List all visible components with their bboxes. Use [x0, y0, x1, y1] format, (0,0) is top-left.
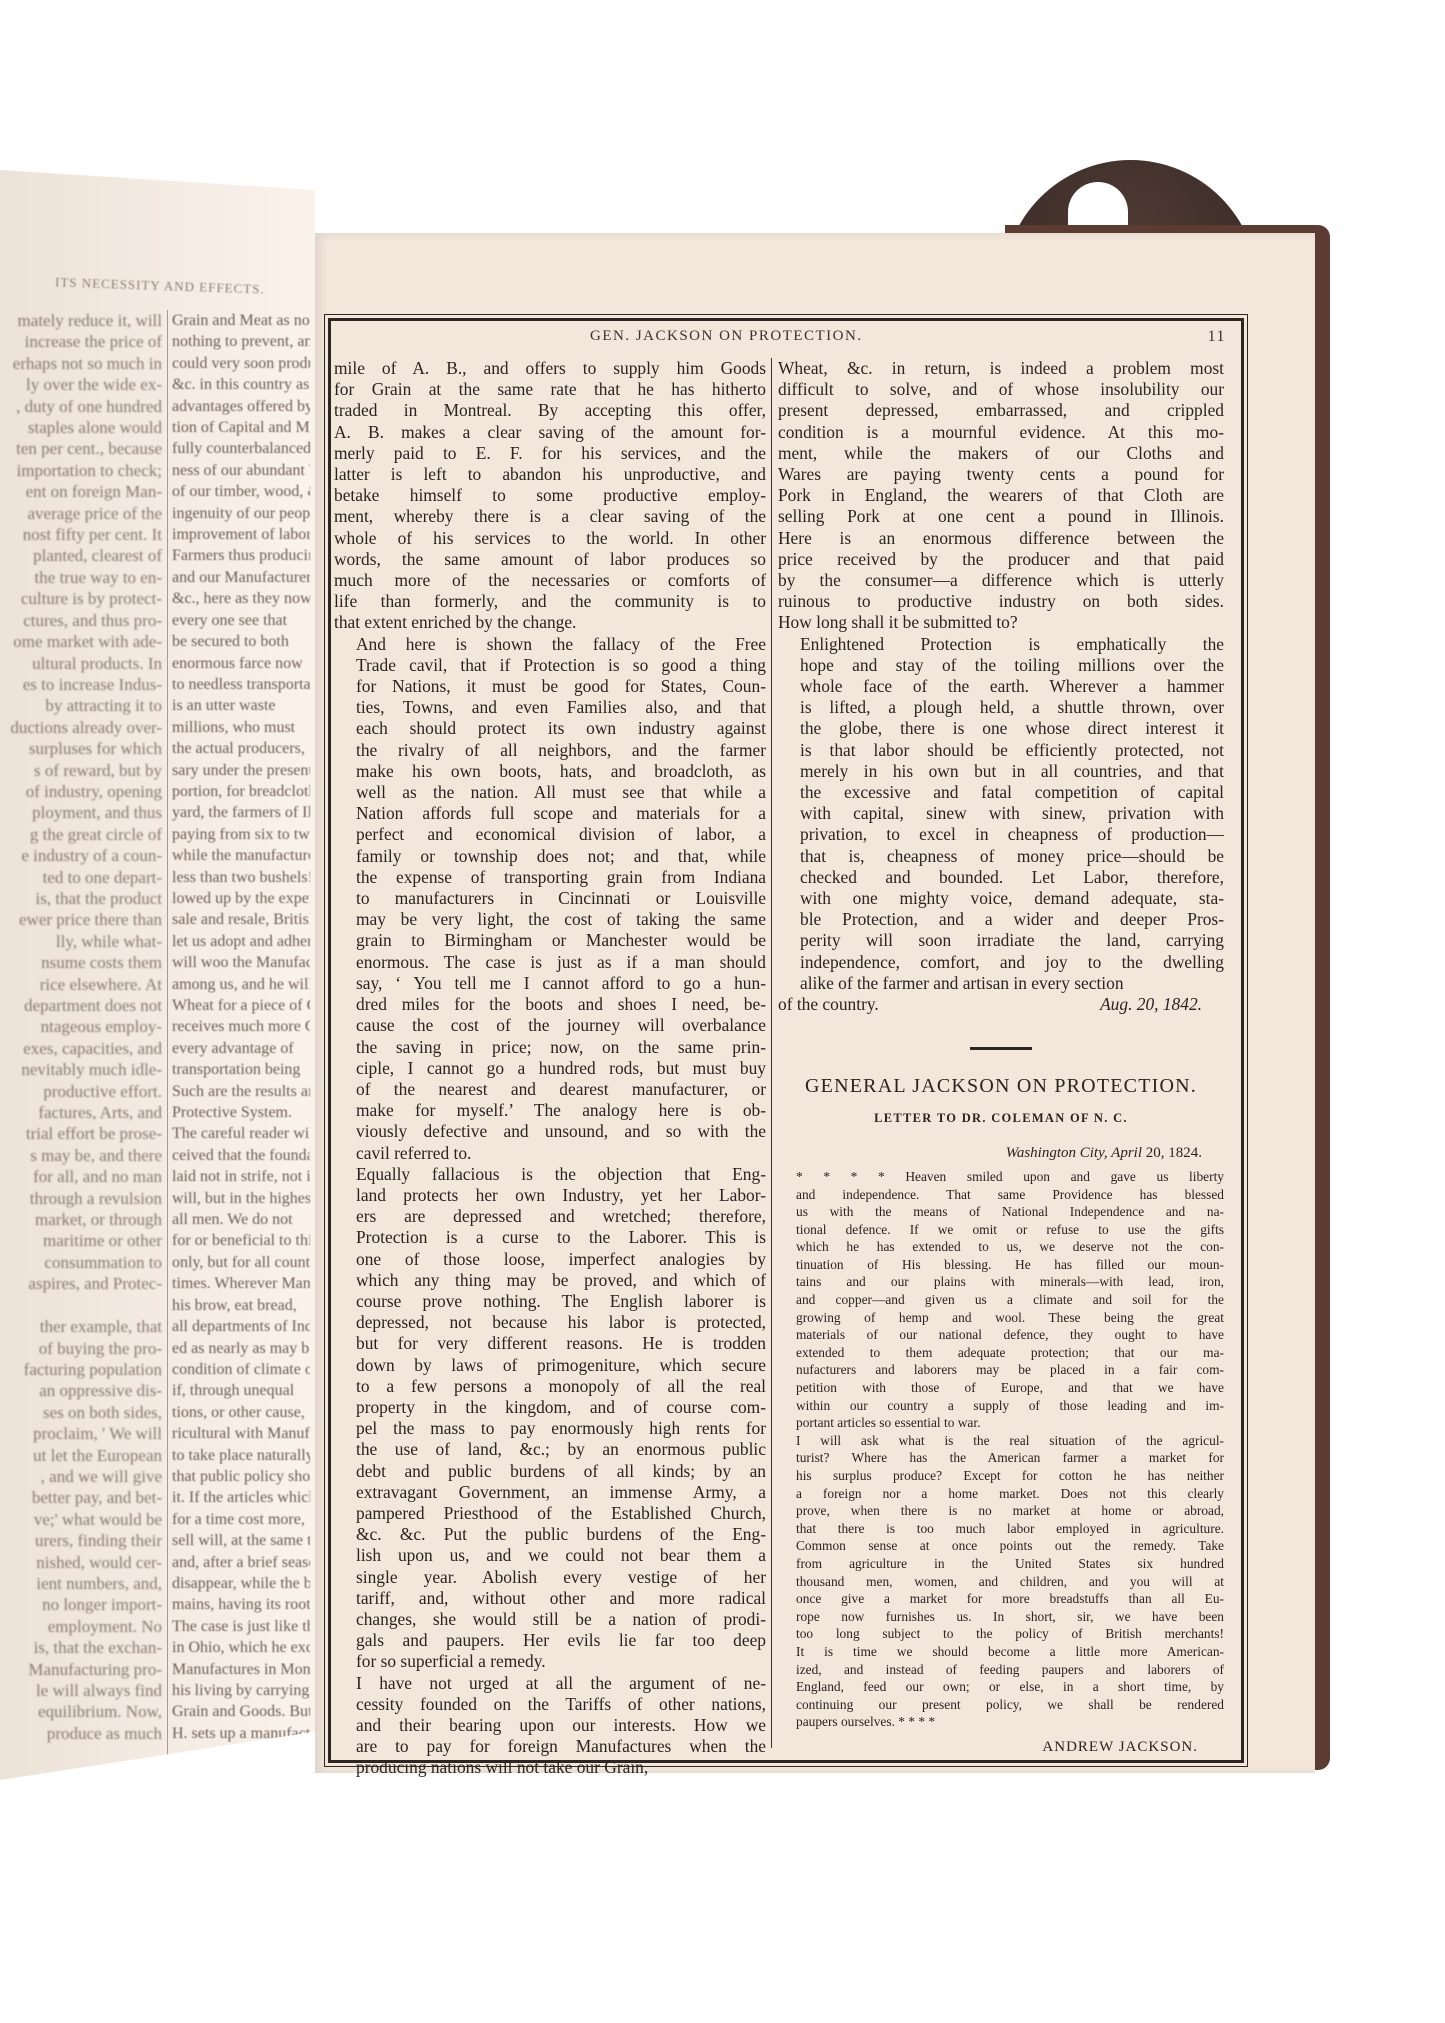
- text-line: ted to one depart-: [0, 867, 162, 888]
- text-line: ment, whereby there is a clear saving of…: [334, 506, 766, 527]
- text-line: every advantage of: [172, 1038, 310, 1059]
- text-line: productive effort.: [0, 1081, 162, 1102]
- text-line: ployment, and thus: [0, 802, 162, 823]
- text-line: mately reduce it, will: [0, 310, 162, 331]
- left-page: ITS NECESSITY AND EFFECTS. mately reduce…: [0, 170, 315, 1780]
- text-line: of industry, opening: [0, 781, 162, 802]
- text-line: an oppressive dis-: [0, 1380, 162, 1401]
- text-line: merely in his own but in all countries, …: [778, 761, 1224, 782]
- text-line: Farmers thus producing: [172, 545, 310, 566]
- text-line: which he has extended to us, we deserve …: [778, 1238, 1224, 1256]
- text-line: his living by carrying: [172, 1680, 310, 1701]
- text-line: his surplus produce? Except for cotton h…: [778, 1467, 1224, 1485]
- text-line: tions, or other cause,: [172, 1402, 310, 1423]
- text-line: is, that the product: [0, 888, 162, 909]
- text-line: nufacturers and laborers may be placed i…: [778, 1361, 1224, 1379]
- text-line: tains and our plains with minerals—with …: [778, 1273, 1224, 1291]
- text-line: mile of A. B., and offers to supply him …: [334, 358, 766, 379]
- text-line: extended to them adequate protection; th…: [778, 1344, 1224, 1362]
- text-line: ly over the wide ex-: [0, 374, 162, 395]
- text-line: ve;' what would be: [0, 1509, 162, 1530]
- text-line: Trade cavil, that if Protection is so go…: [334, 655, 766, 676]
- text-line: no longer import-: [0, 1594, 162, 1615]
- text-line: , duty of one hundred: [0, 396, 162, 417]
- text-line: employment. No: [0, 1616, 162, 1637]
- text-line: ment, while the makers of our Cloths and: [778, 443, 1224, 464]
- text-line: ceived that the foundations: [172, 1145, 310, 1166]
- text-line: Wares are paying twenty cents a pound fo…: [778, 464, 1224, 485]
- text-line: materials of our national defence, they …: [778, 1326, 1224, 1344]
- text-line: land protects her own Industry, yet her …: [334, 1185, 766, 1206]
- text-line: ent on foreign Man-: [0, 481, 162, 502]
- text-line: single year. Abolish every vestige of he…: [334, 1567, 766, 1588]
- text-line: Wheat, &c. in return, is indeed a proble…: [778, 358, 1224, 379]
- text-line: aspires, and Protec-: [0, 1273, 162, 1294]
- text-line: debt and public burdens of all kinds; by…: [334, 1461, 766, 1482]
- paragraph: mile of A. B., and offers to supply him …: [334, 358, 766, 634]
- text-line: Pork in England, the wearers of that Clo…: [778, 485, 1224, 506]
- text-line: ntageous employ-: [0, 1016, 162, 1037]
- text-line: condition is a mournful evidence. At thi…: [778, 422, 1224, 443]
- text-line: [0, 1295, 162, 1316]
- text-line: Enlightened Protection is emphatically t…: [778, 634, 1224, 655]
- text-line: enormous. The case is just as if a man s…: [334, 952, 766, 973]
- text-line: ultural products. In: [0, 653, 162, 674]
- text-line: whole of his services to the world. In o…: [334, 528, 766, 549]
- column-rule: [771, 358, 772, 1748]
- paragraph: I will ask what is the real situation of…: [778, 1432, 1224, 1731]
- text-line: receives much more Cloth: [172, 1016, 310, 1037]
- text-line: petition with those of Europe, and that …: [778, 1379, 1224, 1397]
- dateline: of the country. Aug. 20, 1842.: [778, 994, 1224, 1015]
- left-page-column-a: mately reduce it, willincrease the price…: [0, 310, 162, 1744]
- text-line: produce as much: [0, 1723, 162, 1744]
- text-line: each should protect its own industry aga…: [334, 718, 766, 739]
- text-line: traded in Montreal. By accepting this of…: [334, 400, 766, 421]
- paragraph: Enlightened Protection is emphatically t…: [778, 634, 1224, 994]
- text-line: property in the kingdom, and of course c…: [334, 1397, 766, 1418]
- text-line: difficult to solve, and of whose insolub…: [778, 379, 1224, 400]
- text-line: too long subject to the policy of Britis…: [778, 1625, 1224, 1643]
- text-line: lish upon us, and we could not bear them…: [334, 1545, 766, 1566]
- text-line: course prove nothing. The English labore…: [334, 1291, 766, 1312]
- text-line: are to pay for foreign Manufactures when…: [334, 1736, 766, 1757]
- text-line: It is time we should become a little mor…: [778, 1643, 1224, 1661]
- text-line: Common sense at once points out the reme…: [778, 1537, 1224, 1555]
- left-running-head: ITS NECESSITY AND EFFECTS.: [55, 274, 265, 297]
- text-line: ble Protection, and a wider and deeper P…: [778, 909, 1224, 930]
- text-line: ductions already over-: [0, 717, 162, 738]
- text-line: sary under the present: [172, 760, 310, 781]
- paragraph: Equally fallacious is the objection that…: [334, 1164, 766, 1673]
- text-line: proclaim, ' We will: [0, 1423, 162, 1444]
- text-line: to manufacturers in Cincinnati or Louisv…: [334, 888, 766, 909]
- text-line: independence, comfort, and joy to the dw…: [778, 952, 1224, 973]
- text-line: for so superficial a remedy.: [334, 1651, 766, 1672]
- text-line: better pay, and bet-: [0, 1487, 162, 1508]
- text-line: rope now furnishes us. In short, sir, we…: [778, 1608, 1224, 1626]
- text-line: times. Wherever Man: [172, 1273, 310, 1294]
- text-line: nevitably much idle-: [0, 1059, 162, 1080]
- text-line: ruinous to productive industry on both s…: [778, 591, 1224, 612]
- letter-body: * * * * Heaven smiled upon and gave us l…: [778, 1168, 1224, 1731]
- text-line: may be very light, the cost of taking th…: [334, 909, 766, 930]
- text-line: the expense of transporting grain from I…: [334, 867, 766, 888]
- text-line: turist? Where has the American farmer a …: [778, 1449, 1224, 1467]
- text-line: and, after a brief season,: [172, 1552, 310, 1573]
- text-line: , and we will give: [0, 1466, 162, 1487]
- text-line: a foreign nor a home market. Does not th…: [778, 1485, 1224, 1503]
- text-line: one of those loose, imperfect analogies …: [334, 1249, 766, 1270]
- text-line: g the great circle of: [0, 824, 162, 845]
- text-line: e industry of a coun-: [0, 845, 162, 866]
- text-line: Protective System.: [172, 1102, 310, 1123]
- text-line: fully counterbalanced by: [172, 438, 310, 459]
- text-line: ctures, and thus pro-: [0, 610, 162, 631]
- text-line: continuing our present policy, we shall …: [778, 1696, 1224, 1714]
- text-line: by the consumer—a difference which is ut…: [778, 570, 1224, 591]
- right-column-body: Wheat, &c. in return, is indeed a proble…: [778, 358, 1224, 994]
- text-line: say, ‘ You tell me I cannot afford to go…: [334, 973, 766, 994]
- text-line: that public policy should: [172, 1466, 310, 1487]
- section-subtitle: LETTER TO DR. COLEMAN OF N. C.: [778, 1108, 1224, 1129]
- text-line: selling Pork at one cent a pound in Illi…: [778, 506, 1224, 527]
- text-line: family or township does not; and that, w…: [334, 846, 766, 867]
- text-line: but for very different reasons. He is tr…: [334, 1333, 766, 1354]
- text-line: mains, having its root in the: [172, 1594, 310, 1615]
- text-line: for Grain at the same rate that he has h…: [334, 379, 766, 400]
- text-line: paupers ourselves. * * * *: [778, 1713, 1224, 1731]
- text-line: nothing to prevent, and: [172, 331, 310, 352]
- text-line: is, that the exchan-: [0, 1637, 162, 1658]
- text-line: ciple, I cannot go a hundred rods, but m…: [334, 1058, 766, 1079]
- text-line: I will ask what is the real situation of…: [778, 1432, 1224, 1450]
- text-line: to a few persons a monopoly of all the r…: [334, 1376, 766, 1397]
- running-head-title: GEN. JACKSON ON PROTECTION.: [590, 328, 863, 345]
- text-line: for or beneficial to this: [172, 1230, 310, 1251]
- text-line: let us adopt and adhere: [172, 931, 310, 952]
- text-line: consummation to: [0, 1252, 162, 1273]
- text-line: &c., here as they now: [172, 588, 310, 609]
- text-line: the actual producers,: [172, 738, 310, 759]
- text-line: dred miles for the boots and shoes I nee…: [334, 994, 766, 1015]
- text-line: make his own boots, hats, and broadcloth…: [334, 761, 766, 782]
- text-line: millions, who must: [172, 717, 310, 738]
- text-line: that is, cheapness of money price—should…: [778, 846, 1224, 867]
- text-line: and copper—and given us a climate and so…: [778, 1291, 1224, 1309]
- text-line: transportation being: [172, 1059, 310, 1080]
- text-line: that there is too much labor employed in…: [778, 1520, 1224, 1538]
- text-line: grain to Birmingham or Manchester would …: [334, 930, 766, 951]
- text-line: factures, Arts, and: [0, 1102, 162, 1123]
- text-line: ient numbers, and,: [0, 1573, 162, 1594]
- text-line: ers are depressed and wretched; therefor…: [334, 1206, 766, 1227]
- right-column: Wheat, &c. in return, is indeed a proble…: [778, 358, 1224, 1758]
- text-line: &c. &c. Put the public burdens of the En…: [334, 1524, 766, 1545]
- text-line: ewer price there than: [0, 909, 162, 930]
- text-line: could very soon produce: [172, 353, 310, 374]
- page-number: 11: [1208, 328, 1226, 346]
- text-line: exes, capacities, and: [0, 1038, 162, 1059]
- text-line: all departments of Industry: [172, 1316, 310, 1337]
- text-line: all men. We do not: [172, 1209, 310, 1230]
- text-line: for all, and no man: [0, 1166, 162, 1187]
- text-line: equilibrium. Now,: [0, 1701, 162, 1722]
- text-line: for a time cost more,: [172, 1509, 310, 1530]
- text-line: ness of our abundant Water: [172, 460, 310, 481]
- text-line: betake himself to some productive employ…: [334, 485, 766, 506]
- text-line: ingenuity of our people: [172, 503, 310, 524]
- text-line: it. If the articles which: [172, 1487, 310, 1508]
- text-line: only, but for all countries: [172, 1252, 310, 1273]
- section-separator: [970, 1047, 1032, 1050]
- text-line: le will always find: [0, 1680, 162, 1701]
- text-line: I have not urged at all the argument of …: [334, 1673, 766, 1694]
- text-line: Nation affords full scope and materials …: [334, 803, 766, 824]
- text-line: Equally fallacious is the objection that…: [334, 1164, 766, 1185]
- text-line: merly paid to E. F. for his services, an…: [334, 443, 766, 464]
- text-line: &c. in this country as they: [172, 374, 310, 395]
- text-line: England, feed our own; or else, in a sho…: [778, 1678, 1224, 1696]
- text-line: us with the means of National Independen…: [778, 1203, 1224, 1221]
- text-line: How long shall it be submitted to?: [778, 612, 1224, 633]
- text-line: within our country a supply of those lea…: [778, 1397, 1224, 1415]
- text-line: s of reward, but by: [0, 760, 162, 781]
- text-line: ties, Towns, and even Families also, and…: [334, 697, 766, 718]
- text-line: enormous farce now: [172, 653, 310, 674]
- text-line: market, or through: [0, 1209, 162, 1230]
- paragraph: * * * * Heaven smiled upon and gave us l…: [778, 1168, 1224, 1432]
- text-line: and our Manufacturers: [172, 567, 310, 588]
- text-line: gals and paupers. Her evils lie far too …: [334, 1630, 766, 1651]
- text-line: tional defence. If we omit or refuse to …: [778, 1221, 1224, 1239]
- text-line: ome market with ade-: [0, 631, 162, 652]
- section-title: GENERAL JACKSON ON PROTECTION.: [778, 1076, 1224, 1097]
- text-line: from agriculture in the United States si…: [778, 1555, 1224, 1573]
- text-line: with capital, sinew with sinew, privatio…: [778, 803, 1224, 824]
- left-page-column-rule: [167, 310, 168, 1760]
- text-line: improvement of labor-saving: [172, 524, 310, 545]
- text-line: the rivalry of all neighbors, and the fa…: [334, 740, 766, 761]
- text-line: Manufactures in Montreal,: [172, 1659, 310, 1680]
- text-line: lowed up by the expense: [172, 888, 310, 909]
- text-line: in Ohio, which he exchanges: [172, 1637, 310, 1658]
- text-line: laid not in strife, not in: [172, 1166, 310, 1187]
- text-line: urers, finding their: [0, 1530, 162, 1551]
- text-line: ed as nearly as may be: [172, 1338, 310, 1359]
- text-line: words, the same amount of labor produces…: [334, 549, 766, 570]
- left-column: mile of A. B., and offers to supply him …: [334, 358, 766, 1779]
- text-line: portant articles so essential to war.: [778, 1414, 1224, 1432]
- text-line: rice elsewhere. At: [0, 974, 162, 995]
- text-line: is lifted, a plough held, a shuttle thro…: [778, 697, 1224, 718]
- text-line: once give a market for more breadstuffs …: [778, 1590, 1224, 1608]
- text-line: ten per cent., because: [0, 438, 162, 459]
- text-line: and their bearing upon our interests. Ho…: [334, 1715, 766, 1736]
- text-line: while the manufacturers: [172, 845, 310, 866]
- text-line: Grain and Goods. But in: [172, 1701, 310, 1722]
- text-line: the true way to en-: [0, 567, 162, 588]
- text-line: much more of the necessaries or comforts…: [334, 570, 766, 591]
- text-line: prove, when there is no market at home o…: [778, 1502, 1224, 1520]
- text-line: Such are the results and: [172, 1081, 310, 1102]
- text-line: Protection is a curse to the Laborer. Th…: [334, 1227, 766, 1248]
- text-line: nsume costs them: [0, 952, 162, 973]
- text-line: ses on both sides,: [0, 1402, 162, 1423]
- text-line: his brow, eat bread,: [172, 1295, 310, 1316]
- text-line: hope and stay of the toiling millions ov…: [778, 655, 1224, 676]
- text-line: down by laws of primogeniture, which sec…: [334, 1355, 766, 1376]
- text-line: ut let the European: [0, 1445, 162, 1466]
- text-line: trial effort be prose-: [0, 1123, 162, 1144]
- letter-date: 20, 1824.: [1146, 1145, 1202, 1161]
- text-line: life than formerly, and the community is…: [334, 591, 766, 612]
- text-line: department does not: [0, 995, 162, 1016]
- text-line: perfect and economical division of labor…: [334, 824, 766, 845]
- text-line: advantages offered by: [172, 396, 310, 417]
- text-line: thousand men, women, and children, and y…: [778, 1573, 1224, 1591]
- text-line: planted, clearest of: [0, 545, 162, 566]
- text-line: pampered Priesthood of the Established C…: [334, 1503, 766, 1524]
- text-line: to take place naturally,: [172, 1445, 310, 1466]
- text-line: es to increase Indus-: [0, 674, 162, 695]
- text-line: A. B. makes a clear saving of the amount…: [334, 422, 766, 443]
- paragraph: I have not urged at all the argument of …: [334, 1673, 766, 1779]
- text-line: s may be, and there: [0, 1145, 162, 1166]
- paragraph: Wheat, &c. in return, is indeed a proble…: [778, 358, 1224, 634]
- text-line: yard, the farmers of Illinois: [172, 802, 310, 823]
- text-line: by attracting it to: [0, 695, 162, 716]
- text-line: the globe, there is one whose direct int…: [778, 718, 1224, 739]
- text-line: make for myself.’ The analogy here is ob…: [334, 1100, 766, 1121]
- text-line: changes, she would still be a nation of …: [334, 1609, 766, 1630]
- text-line: of buying the pro-: [0, 1338, 162, 1359]
- text-line: cavil referred to.: [334, 1143, 766, 1164]
- text-line: lly, while what-: [0, 931, 162, 952]
- text-line: through a revulsion: [0, 1188, 162, 1209]
- text-line: extravagant Government, an immense Army,…: [334, 1482, 766, 1503]
- text-line: which any thing may be proved, and which…: [334, 1270, 766, 1291]
- text-line: of our timber, wood, &c.: [172, 481, 310, 502]
- text-line: price received by the producer and that …: [778, 549, 1224, 570]
- text-line: growing of hemp and wool. These being th…: [778, 1309, 1224, 1327]
- text-line: perity will soon irradiate the land, car…: [778, 930, 1224, 951]
- text-line: cause the cost of the journey will overb…: [334, 1015, 766, 1036]
- text-line: sale and resale, British: [172, 909, 310, 930]
- text-line: to needless transportation: [172, 674, 310, 695]
- text-line: depressed, not because his labor is prot…: [334, 1312, 766, 1333]
- text-line: facturing population: [0, 1359, 162, 1380]
- text-line: the excessive and fatal competition of c…: [778, 782, 1224, 803]
- text-line: if, through unequal: [172, 1380, 310, 1401]
- letter-place-date: Washington City, April 20, 1824.: [778, 1143, 1202, 1164]
- text-line: staples alone would: [0, 417, 162, 438]
- signature: ANDREW JACKSON.: [778, 1737, 1198, 1758]
- text-line: ther example, that: [0, 1316, 162, 1337]
- text-line: privation, to excel in cheapness of prod…: [778, 824, 1224, 845]
- text-line: nished, would cer-: [0, 1552, 162, 1573]
- text-line: pel the mass to pay enormously high rent…: [334, 1418, 766, 1439]
- text-line: erhaps not so much in: [0, 353, 162, 374]
- running-head: GEN. JACKSON ON PROTECTION. 11: [340, 328, 1230, 350]
- text-line: for Nations, it must be good for States,…: [334, 676, 766, 697]
- text-line: culture is by protect-: [0, 588, 162, 609]
- text-line: checked and bounded. Let Labor, therefor…: [778, 867, 1224, 888]
- text-line: whole face of the earth. Wherever a hamm…: [778, 676, 1224, 697]
- text-line: producing nations will not take our Grai…: [334, 1757, 766, 1778]
- text-line: The case is just like this:: [172, 1616, 310, 1637]
- text-line: tariff, and, without other and more radi…: [334, 1588, 766, 1609]
- text-line: and independence. That same Providence h…: [778, 1186, 1224, 1204]
- text-line: the saving in price; now, on the same pr…: [334, 1037, 766, 1058]
- text-line: average price of the: [0, 503, 162, 524]
- text-line: well as the nation. All must see that wh…: [334, 782, 766, 803]
- text-line: Wheat for a piece of Cloth: [172, 995, 310, 1016]
- text-line: among us, and he will: [172, 974, 310, 995]
- text-line: the use of land, &c.; by an enormous pub…: [334, 1439, 766, 1460]
- text-line: less than two bushels!: [172, 867, 310, 888]
- closing-line: of the country.: [778, 994, 879, 1015]
- text-line: And here is shown the fallacy of the Fre…: [334, 634, 766, 655]
- text-line: is an utter waste: [172, 695, 310, 716]
- text-line: present depressed, embarrassed, and crip…: [778, 400, 1224, 421]
- text-line: portion, for breadcloth: [172, 781, 310, 802]
- text-line: latter is left to abandon his unproducti…: [334, 464, 766, 485]
- text-line: will, but in the highest: [172, 1188, 310, 1209]
- text-line: that extent enriched by the change.: [334, 612, 766, 633]
- text-line: ricultural with Manufactures: [172, 1423, 310, 1444]
- text-line: cessity founded on the Tariffs of other …: [334, 1694, 766, 1715]
- text-line: increase the price of: [0, 331, 162, 352]
- text-line: every one see that: [172, 610, 310, 631]
- text-line: nost fifty per cent. It: [0, 524, 162, 545]
- text-line: maritime or other: [0, 1230, 162, 1251]
- text-line: Here is an enormous difference between t…: [778, 528, 1224, 549]
- text-line: H. sets up a manufactory: [172, 1723, 310, 1744]
- text-line: tinuation of His blessing. He has filled…: [778, 1256, 1224, 1274]
- text-line: paying from six to twelve: [172, 824, 310, 845]
- text-line: disappear, while the benefit: [172, 1573, 310, 1594]
- text-line: condition of climate or: [172, 1359, 310, 1380]
- text-line: surpluses for which: [0, 738, 162, 759]
- letter-place: Washington City, April: [1006, 1145, 1142, 1161]
- text-line: with one mighty voice, demand adequate, …: [778, 888, 1224, 909]
- text-line: ized, and instead of feeding paupers and…: [778, 1661, 1224, 1679]
- paragraph: And here is shown the fallacy of the Fre…: [334, 634, 766, 1164]
- text-line: be secured to both: [172, 631, 310, 652]
- text-line: importation to check;: [0, 460, 162, 481]
- text-line: viously defective and unsound, and so wi…: [334, 1121, 766, 1142]
- text-line: Manufacturing pro-: [0, 1659, 162, 1680]
- text-line: Grain and Meat as now,: [172, 310, 310, 331]
- text-line: of the nearest and dearest manufacturer,…: [334, 1079, 766, 1100]
- left-page-column-b: Grain and Meat as now,nothing to prevent…: [172, 310, 310, 1744]
- text-line: tion of Capital and Machin: [172, 417, 310, 438]
- text-line: is that labor should be efficiently prot…: [778, 740, 1224, 761]
- text-line: * * * * Heaven smiled upon and gave us l…: [778, 1168, 1224, 1186]
- text-line: alike of the farmer and artisan in every…: [778, 973, 1224, 994]
- text-line: The careful reader will: [172, 1123, 310, 1144]
- text-line: sell will, at the same time,: [172, 1530, 310, 1551]
- closing-date: Aug. 20, 1842.: [1100, 994, 1202, 1015]
- text-line: will woo the Manufacturer: [172, 952, 310, 973]
